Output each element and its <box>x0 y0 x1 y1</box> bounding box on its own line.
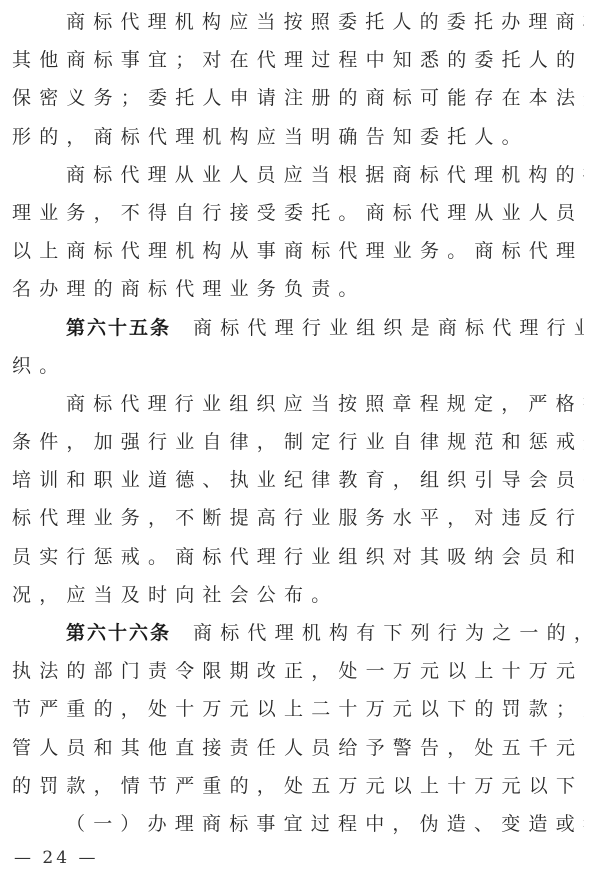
paragraph-line: 条件，加强行业自律，制定行业自律规范和惩戒规则，开展业务 <box>12 423 584 461</box>
line-text: 管人员和其他直接责任人员给予警告，处五千元以上五万元以下 <box>12 737 584 759</box>
line-text: 名办理的商标代理业务负责。 <box>12 278 366 300</box>
article-number: 第六十六条 <box>66 622 171 644</box>
line-text: （一）办理商标事宜过程中，伪造、变造或者使用伪造、变 <box>66 813 584 835</box>
paragraph-line: 以上商标代理机构从事商标代理业务。商标代理从业人员对其签 <box>12 232 584 270</box>
article-heading-line: 第六十六条商标代理机构有下列行为之一的，由负责商标 <box>12 614 584 652</box>
paragraph-line: 员实行惩戒。商标代理行业组织对其吸纳会员和实行惩戒的情 <box>12 538 584 576</box>
line-text: 的罚款，情节严重的，处五万元以上十万元以下的罚款： <box>12 775 584 797</box>
page-number: — 24 — <box>14 848 98 868</box>
line-text: 织。 <box>12 355 66 377</box>
line-text: 商标代理机构有下列行为之一的，由负责商标 <box>193 622 584 644</box>
line-text: 况，应当及时向社会公布。 <box>12 584 338 606</box>
paragraph-line: 况，应当及时向社会公布。 <box>12 576 584 614</box>
line-text: 商标代理机构应当按照委托人的委托办理商标注册申请或者 <box>66 11 584 33</box>
paragraph-line: 其他商标事宜；对在代理过程中知悉的委托人的商业秘密，负有 <box>12 41 584 79</box>
line-text: 形的，商标代理机构应当明确告知委托人。 <box>12 126 529 148</box>
line-text: 商标代理行业组织是商标代理行业的自律性组 <box>193 317 584 339</box>
paragraph-line: 名办理的商标代理业务负责。 <box>12 270 584 308</box>
line-text: 保密义务；委托人申请注册的商标可能存在本法规定不得注册情 <box>12 87 584 109</box>
paragraph-line: 节严重的，处十万元以上二十万元以下的罚款；对直接负责的主 <box>12 690 584 728</box>
line-text: 条件，加强行业自律，制定行业自律规范和惩戒规则，开展业务 <box>12 431 584 453</box>
paragraph-line: 理业务，不得自行接受委托。商标代理从业人员不得同时在两个 <box>12 194 584 232</box>
paragraph-line: 商标代理行业组织应当按照章程规定，严格执行吸纳会员的 <box>12 385 584 423</box>
paragraph-line: 商标代理从业人员应当根据商标代理机构的指派承办商标代 <box>12 156 584 194</box>
line-text: 培训和职业道德、执业纪律教育，组织引导会员依法依规从事商 <box>12 469 584 491</box>
line-text: 员实行惩戒。商标代理行业组织对其吸纳会员和实行惩戒的情 <box>12 546 584 568</box>
paragraph-line: 执法的部门责令限期改正，处一万元以上十万元以下的罚款，情 <box>12 652 584 690</box>
line-text: 执法的部门责令限期改正，处一万元以上十万元以下的罚款，情 <box>12 660 584 682</box>
line-text: 理业务，不得自行接受委托。商标代理从业人员不得同时在两个 <box>12 202 584 224</box>
line-text: 商标代理行业组织应当按照章程规定，严格执行吸纳会员的 <box>66 393 584 415</box>
paragraph-line: 管人员和其他直接责任人员给予警告，处五千元以上五万元以下 <box>12 729 584 767</box>
line-text: 标代理业务，不断提高行业服务水平，对违反行业自律规范的会 <box>12 507 584 529</box>
paragraph-line: 的罚款，情节严重的，处五万元以上十万元以下的罚款： <box>12 767 584 805</box>
line-text: 以上商标代理机构从事商标代理业务。商标代理从业人员对其签 <box>12 240 584 262</box>
paragraph-line: 保密义务；委托人申请注册的商标可能存在本法规定不得注册情 <box>12 79 584 117</box>
line-text: 其他商标事宜；对在代理过程中知悉的委托人的商业秘密，负有 <box>12 49 584 71</box>
line-text: 商标代理从业人员应当根据商标代理机构的指派承办商标代 <box>66 164 584 186</box>
document-page: 商标代理机构应当按照委托人的委托办理商标注册申请或者 其他商标事宜；对在代理过程… <box>12 3 584 843</box>
paragraph-line: 标代理业务，不断提高行业服务水平，对违反行业自律规范的会 <box>12 499 584 537</box>
paragraph-line: 织。 <box>12 347 584 385</box>
list-item-line: （一）办理商标事宜过程中，伪造、变造或者使用伪造、变 <box>12 805 584 843</box>
paragraph-line: 形的，商标代理机构应当明确告知委托人。 <box>12 118 584 156</box>
paragraph-line: 培训和职业道德、执业纪律教育，组织引导会员依法依规从事商 <box>12 461 584 499</box>
article-heading-line: 第六十五条商标代理行业组织是商标代理行业的自律性组 <box>12 309 584 347</box>
article-number: 第六十五条 <box>66 317 171 339</box>
paragraph-line: 商标代理机构应当按照委托人的委托办理商标注册申请或者 <box>12 3 584 41</box>
line-text: 节严重的，处十万元以上二十万元以下的罚款；对直接负责的主 <box>12 698 584 720</box>
